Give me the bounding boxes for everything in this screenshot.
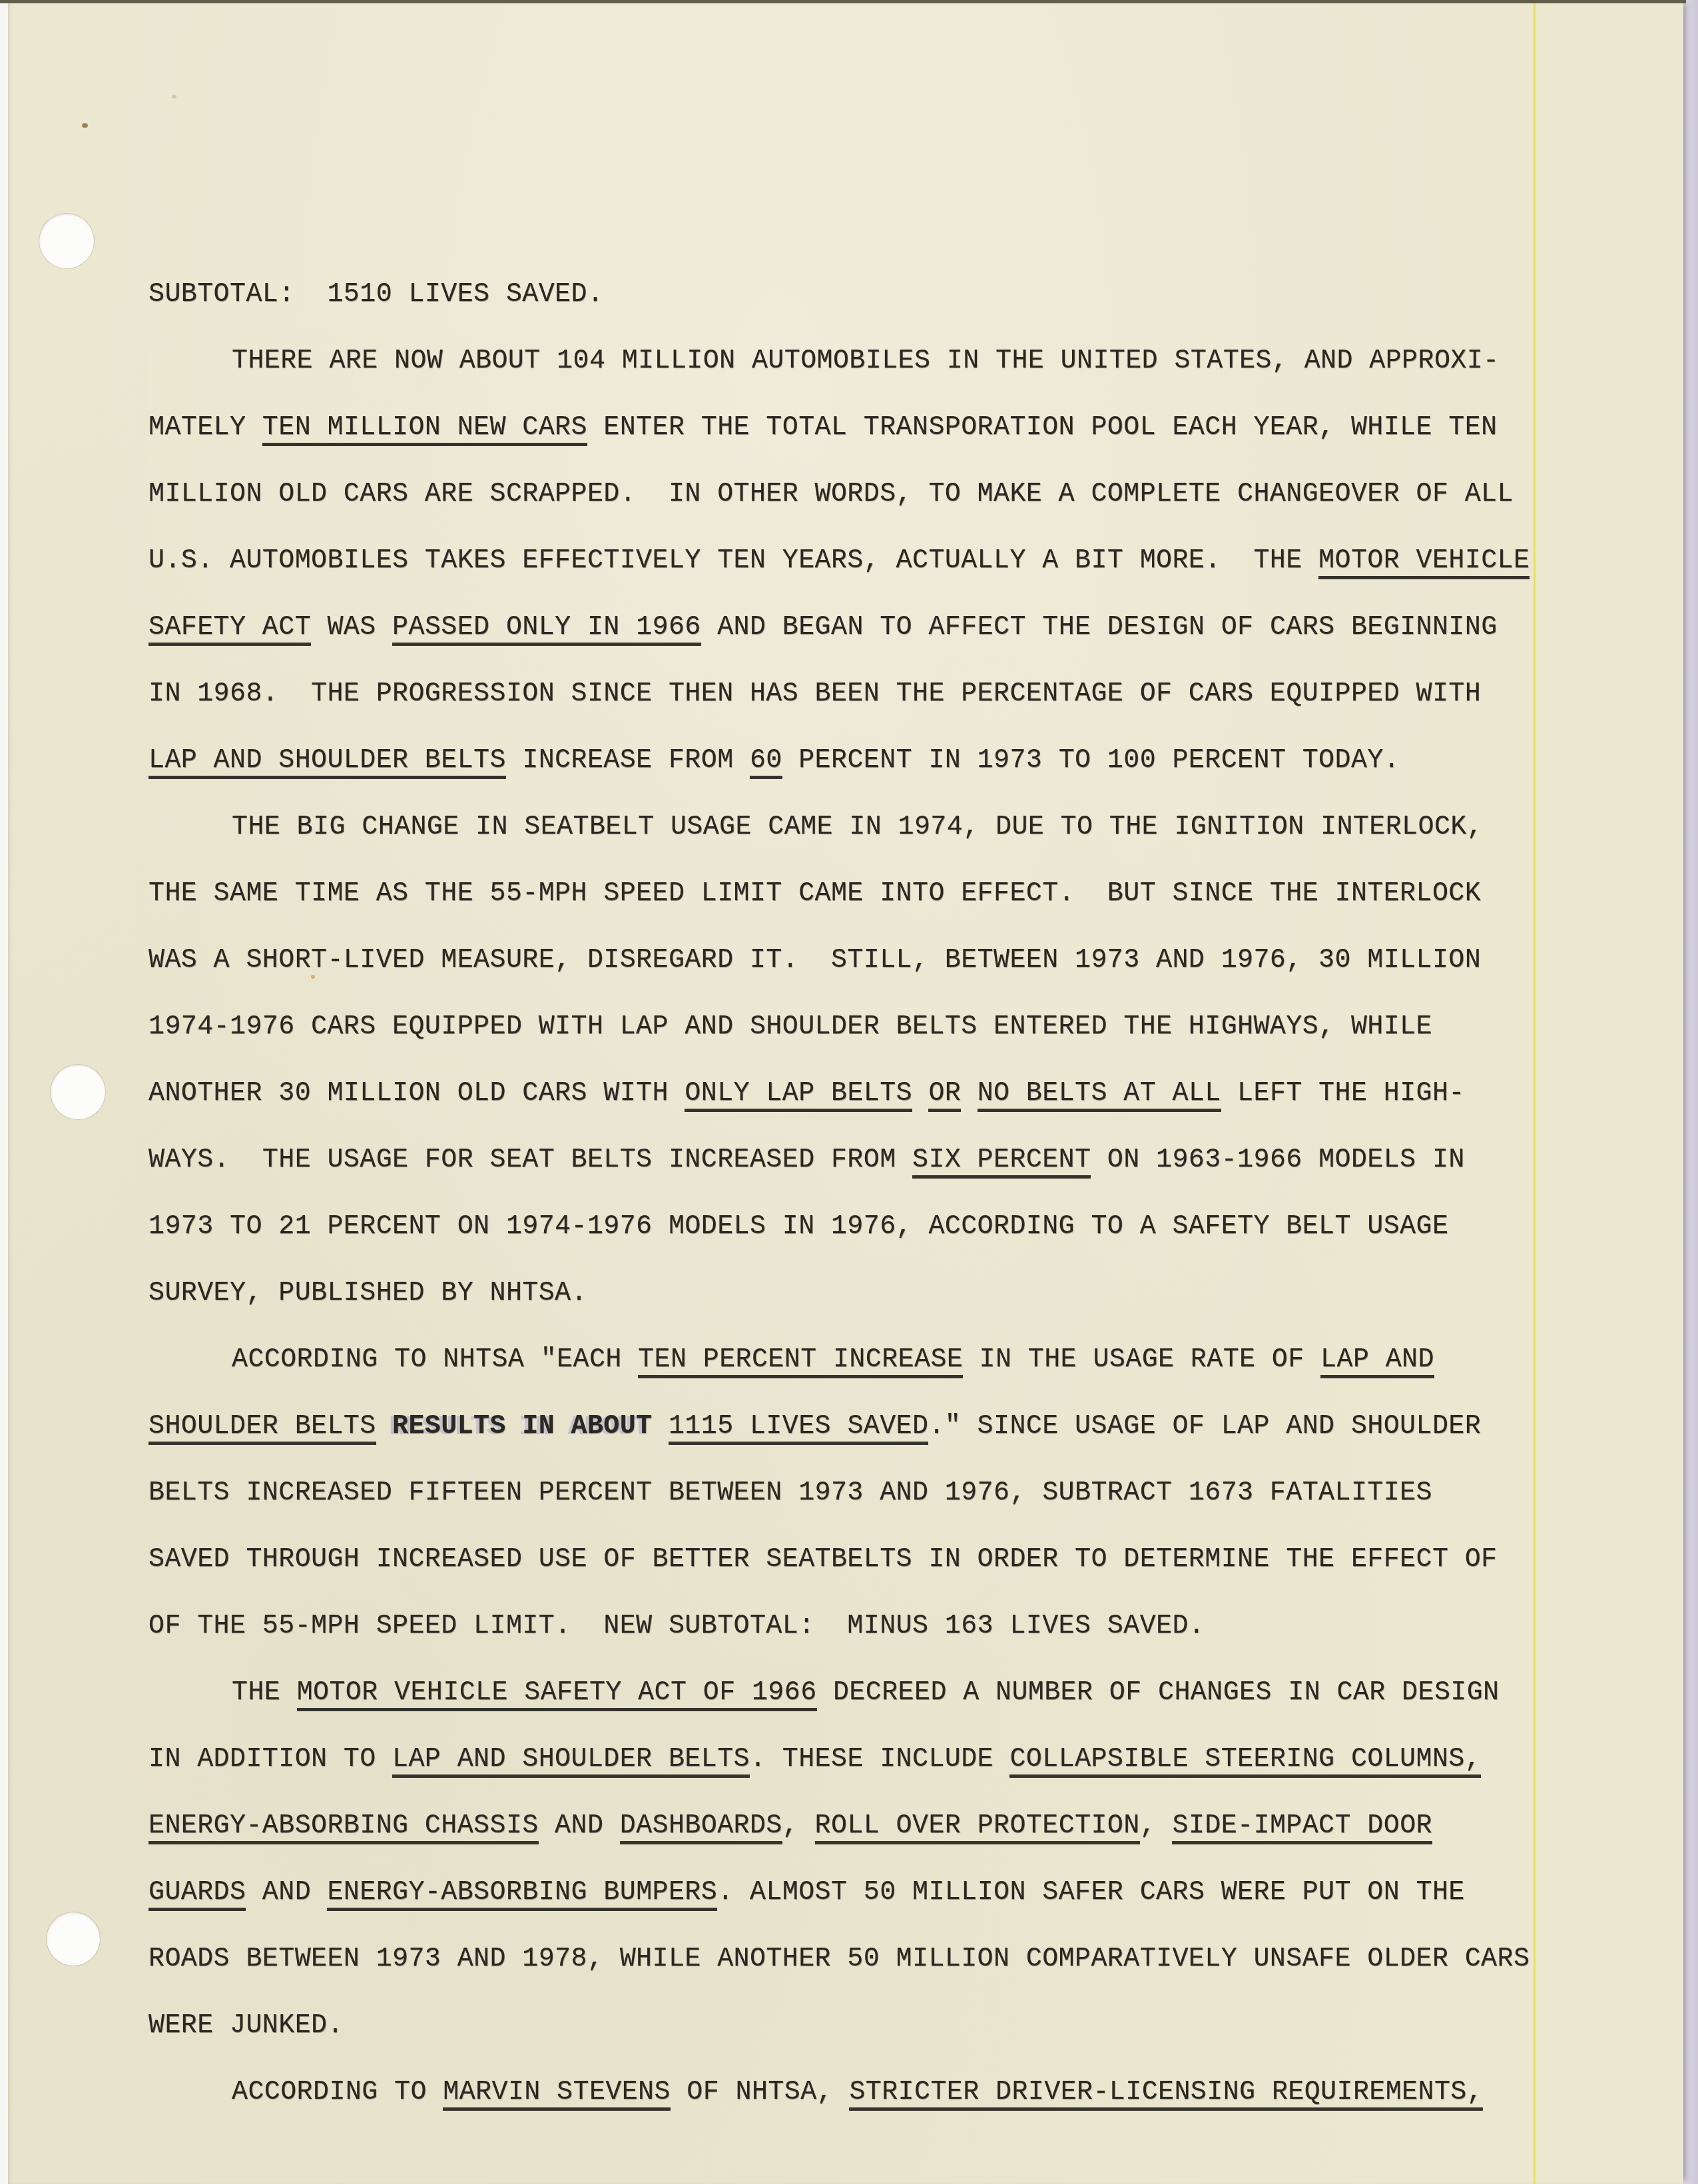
- underlined-phrase: MOTOR VEHICLE: [1318, 546, 1530, 579]
- typed-line: WAS A SHORT-LIVED MEASURE, DISREGARD IT.…: [148, 928, 1683, 994]
- underlined-phrase: STRICTER DRIVER-LICENSING REQUIREMENTS,: [849, 2077, 1483, 2111]
- punch-hole: [51, 1065, 105, 1119]
- typed-text: DECREED A NUMBER OF CHANGES IN CAR DESIG…: [817, 1678, 1500, 1708]
- paper-sheet: SUBTOTAL: 1510 LIVES SAVED.THERE ARE NOW…: [8, 0, 1683, 2184]
- typed-line: ACCORDING TO MARVIN STEVENS OF NHTSA, ST…: [148, 2059, 1683, 2126]
- typed-text: AND BEGAN TO AFFECT THE DESIGN OF CARS B…: [701, 613, 1498, 643]
- typed-text: THERE ARE NOW ABOUT 104 MILLION AUTOMOBI…: [232, 346, 1500, 376]
- typed-text: BELTS INCREASED FIFTEEN PERCENT BETWEEN …: [148, 1478, 1432, 1508]
- typed-text: WAS A SHORT-LIVED MEASURE, DISREGARD IT.…: [148, 946, 1481, 975]
- typed-text: [376, 1412, 392, 1442]
- typed-text: OF NHTSA,: [671, 2077, 849, 2107]
- typed-text: MILLION OLD CARS ARE SCRAPPED. IN OTHER …: [148, 479, 1514, 509]
- typed-line: THE SAME TIME AS THE 55-MPH SPEED LIMIT …: [148, 861, 1683, 928]
- underlined-phrase: PASSED ONLY IN 1966: [392, 613, 701, 646]
- punch-hole: [47, 1912, 100, 1966]
- underlined-phrase: DASHBOARDS: [620, 1811, 782, 1844]
- typed-text: SUBTOTAL: 1510 LIVES SAVED.: [148, 280, 603, 310]
- typed-text: ,: [782, 1811, 815, 1841]
- typed-text: MATELY: [148, 413, 262, 443]
- underlined-phrase: SAFETY ACT: [148, 613, 311, 646]
- underlined-phrase: ONLY LAP BELTS: [685, 1079, 912, 1112]
- typed-line: THERE ARE NOW ABOUT 104 MILLION AUTOMOBI…: [148, 328, 1683, 395]
- typed-line: THE BIG CHANGE IN SEATBELT USAGE CAME IN…: [148, 794, 1683, 861]
- underlined-phrase: SHOULDER BELTS: [148, 1412, 376, 1445]
- typed-text: [961, 1079, 977, 1109]
- typed-text: AND: [246, 1878, 327, 1908]
- typed-text: OF THE 55-MPH SPEED LIMIT. NEW SUBTOTAL:…: [148, 1611, 1205, 1641]
- paper-speck: [82, 123, 88, 128]
- typed-text: ANOTHER 30 MILLION OLD CARS WITH: [148, 1079, 685, 1109]
- typed-line: SURVEY, PUBLISHED BY NHTSA.: [148, 1260, 1683, 1327]
- typed-line: THE MOTOR VEHICLE SAFETY ACT OF 1966 DEC…: [148, 1660, 1683, 1727]
- paper-speck: [172, 95, 176, 99]
- typed-text: ROADS BETWEEN 1973 AND 1978, WHILE ANOTH…: [148, 1944, 1530, 1974]
- typed-line: GUARDS AND ENERGY-ABSORBING BUMPERS. ALM…: [148, 1860, 1683, 1926]
- scanner-edge-left: [0, 0, 8, 2184]
- underlined-phrase: ROLL OVER PROTECTION: [815, 1811, 1140, 1844]
- typed-text: ." SINCE USAGE OF LAP AND SHOULDER: [928, 1412, 1481, 1442]
- typed-line: WAYS. THE USAGE FOR SEAT BELTS INCREASED…: [148, 1127, 1683, 1194]
- typed-text: PERCENT IN 1973 TO 100 PERCENT TODAY.: [782, 746, 1400, 776]
- yellow-scan-line: [1534, 3, 1536, 2184]
- punch-hole: [39, 214, 94, 268]
- typed-text: WAYS. THE USAGE FOR SEAT BELTS INCREASED…: [148, 1145, 912, 1175]
- typed-line: SAFETY ACT WAS PASSED ONLY IN 1966 AND B…: [148, 595, 1683, 661]
- typed-text: WERE JUNKED.: [148, 2011, 344, 2041]
- typed-text: IN 1968. THE PROGRESSION SINCE THEN HAS …: [148, 679, 1481, 709]
- typed-text: ,: [1140, 1811, 1173, 1841]
- underlined-phrase: TEN MILLION NEW CARS: [262, 413, 587, 446]
- underlined-phrase: MARVIN STEVENS: [443, 2077, 671, 2111]
- scanned-typewritten-page: { "page": { "paper_color": "#ece7d1", "s…: [0, 0, 1698, 2184]
- typed-text: IN THE USAGE RATE OF: [963, 1345, 1320, 1375]
- typed-text: LEFT THE HIGH-: [1221, 1079, 1465, 1109]
- typed-text: THE BIG CHANGE IN SEATBELT USAGE CAME IN…: [232, 812, 1483, 842]
- typed-line: IN 1968. THE PROGRESSION SINCE THEN HAS …: [148, 661, 1683, 728]
- typed-line: SUBTOTAL: 1510 LIVES SAVED.: [148, 262, 1683, 328]
- typed-text: ACCORDING TO: [232, 2077, 443, 2107]
- underlined-phrase: 1115 LIVES SAVED: [669, 1412, 928, 1445]
- typed-line: OF THE 55-MPH SPEED LIMIT. NEW SUBTOTAL:…: [148, 1593, 1683, 1660]
- typed-text: [653, 1412, 669, 1442]
- typed-line: LAP AND SHOULDER BELTS INCREASE FROM 60 …: [148, 728, 1683, 794]
- underlined-phrase: 60: [750, 746, 782, 779]
- underlined-phrase: LAP AND: [1320, 1345, 1434, 1378]
- typed-line: ACCORDING TO NHTSA "EACH TEN PERCENT INC…: [148, 1327, 1683, 1394]
- typed-text: 1974-1976 CARS EQUIPPED WITH LAP AND SHO…: [148, 1012, 1432, 1042]
- typed-text: INCREASE FROM: [506, 746, 750, 776]
- underlined-phrase: LAP AND SHOULDER BELTS: [148, 746, 506, 779]
- typed-text: . ALMOST 50 MILLION SAFER CARS WERE PUT …: [717, 1878, 1465, 1908]
- underlined-phrase: OR: [928, 1079, 961, 1112]
- paper-speck: [311, 975, 315, 979]
- typed-text: SAVED THROUGH INCREASED USE OF BETTER SE…: [148, 1545, 1498, 1575]
- typed-text: IN ADDITION TO: [148, 1745, 392, 1774]
- typed-line: ANOTHER 30 MILLION OLD CARS WITH ONLY LA…: [148, 1061, 1683, 1127]
- scanner-edge-right: [1683, 0, 1698, 2184]
- typed-text: THE: [232, 1678, 297, 1708]
- underlined-phrase: TEN PERCENT INCREASE: [638, 1345, 963, 1378]
- underlined-phrase: LAP AND SHOULDER BELTS: [392, 1745, 750, 1778]
- typed-text: THE SAME TIME AS THE 55-MPH SPEED LIMIT …: [148, 879, 1481, 909]
- typed-line: ENERGY-ABSORBING CHASSIS AND DASHBOARDS,…: [148, 1793, 1683, 1860]
- typed-line: WERE JUNKED.: [148, 1993, 1683, 2059]
- underlined-phrase: MOTOR VEHICLE SAFETY ACT OF 1966: [297, 1678, 817, 1711]
- typed-line: BELTS INCREASED FIFTEEN PERCENT BETWEEN …: [148, 1460, 1683, 1527]
- typed-line: 1974-1976 CARS EQUIPPED WITH LAP AND SHO…: [148, 994, 1683, 1061]
- typed-text: WAS: [311, 613, 392, 643]
- typed-text-body: SUBTOTAL: 1510 LIVES SAVED.THERE ARE NOW…: [148, 262, 1683, 2126]
- underlined-phrase: GUARDS: [148, 1878, 246, 1911]
- typed-text: U.S. AUTOMOBILES TAKES EFFECTIVELY TEN Y…: [148, 546, 1318, 576]
- underlined-phrase: COLLAPSIBLE STEERING COLUMNS,: [1009, 1745, 1481, 1778]
- typed-text: ON 1963-1966 MODELS IN: [1091, 1145, 1464, 1175]
- typed-line: SAVED THROUGH INCREASED USE OF BETTER SE…: [148, 1527, 1683, 1593]
- typed-line: MATELY TEN MILLION NEW CARS ENTER THE TO…: [148, 395, 1683, 461]
- typed-text: AND: [539, 1811, 620, 1841]
- typed-line: ROADS BETWEEN 1973 AND 1978, WHILE ANOTH…: [148, 1926, 1683, 1993]
- underlined-phrase: SIDE-IMPACT DOOR: [1172, 1811, 1432, 1844]
- typed-line: 1973 TO 21 PERCENT ON 1974-1976 MODELS I…: [148, 1194, 1683, 1260]
- typed-text: SURVEY, PUBLISHED BY NHTSA.: [148, 1278, 587, 1308]
- typed-text: ACCORDING TO NHTSA "EACH: [232, 1345, 638, 1375]
- typed-text: 1973 TO 21 PERCENT ON 1974-1976 MODELS I…: [148, 1212, 1448, 1242]
- typed-line: U.S. AUTOMOBILES TAKES EFFECTIVELY TEN Y…: [148, 528, 1683, 595]
- underlined-phrase: SIX PERCENT: [912, 1145, 1091, 1179]
- typed-line: IN ADDITION TO LAP AND SHOULDER BELTS. T…: [148, 1727, 1683, 1793]
- underlined-phrase: ENERGY-ABSORBING CHASSIS: [148, 1811, 539, 1844]
- typed-text: ENTER THE TOTAL TRANSPORATION POOL EACH …: [587, 413, 1498, 443]
- typed-text: . THESE INCLUDE: [750, 1745, 1009, 1774]
- typed-text: [912, 1079, 928, 1109]
- overtyped-phrase: RESULTS IN ABOUT: [392, 1412, 652, 1442]
- typed-line: MILLION OLD CARS ARE SCRAPPED. IN OTHER …: [148, 461, 1683, 528]
- typed-line: SHOULDER BELTS RESULTS IN ABOUT 1115 LIV…: [148, 1394, 1683, 1460]
- underlined-phrase: ENERGY-ABSORBING BUMPERS: [327, 1878, 717, 1911]
- underlined-phrase: NO BELTS AT ALL: [978, 1079, 1221, 1112]
- scanner-edge-top: [0, 0, 1686, 3]
